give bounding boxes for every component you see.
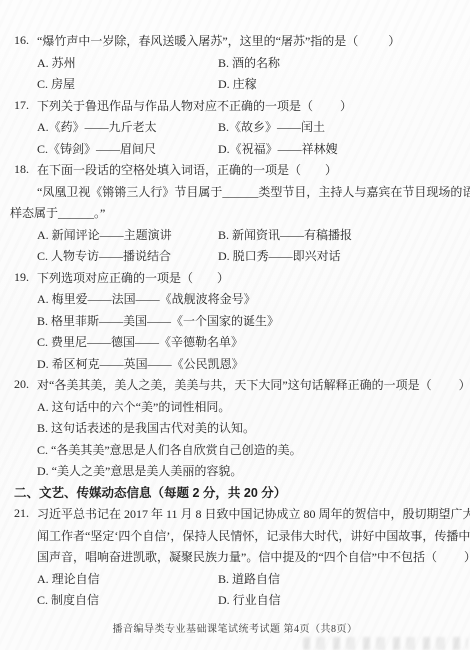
- question-16-options-cd: C. 房屋 D. 庄稼: [0, 73, 470, 95]
- question-20-option-c: C. “各美其美”意思是人们各自欣赏自己创造的美。: [37, 441, 302, 458]
- question-21-stem-line-2: 闻工作者“坚定‘四个自信’，保持人民情怀，记录伟大时代，讲好中国故事，传播中: [0, 525, 470, 547]
- question-21-options-ab: A. 理论自信 B. 道路自信: [0, 568, 470, 590]
- page-content: 16. “爆竹声中一岁除，春风送暖入屠苏”，这里的“屠苏”指的是（ ） A. 苏…: [0, 30, 470, 611]
- section-2-title: 二、文艺、传媒动态信息（每题 2 分，共 20 分）: [14, 483, 286, 501]
- question-16-number: 16.: [14, 33, 37, 48]
- question-20-option-b-row: B. 这句话表述的是我国古代对美的认知。: [0, 417, 470, 439]
- question-21-options-cd: C. 制度自信 D. 行业自信: [0, 589, 470, 611]
- question-20-option-a-row: A. 这句话中的六个“美”的词性相同。: [0, 396, 470, 418]
- question-19-option-b-row: B. 格里菲斯——美国——《一个国家的诞生》: [0, 310, 470, 332]
- question-18-stem: 18. 在下面一段话的空格处填入词语，正确的一项是（ ）: [0, 159, 470, 181]
- question-17-option-b: B.《故乡》——闰土: [218, 118, 325, 135]
- question-21-text-line-1: 习近平总书记在 2017 年 11 月 8 日致中国记协成立 80 周年的贺信中…: [37, 505, 470, 522]
- question-16-stem: 16. “爆竹声中一岁除，春风送暖入屠苏”，这里的“屠苏”指的是（ ）: [0, 30, 470, 52]
- question-16-option-a: A. 苏州: [37, 54, 218, 71]
- question-18-number: 18.: [14, 162, 37, 177]
- question-19-option-a-row: A. 梅里爱——法国——《战舰波将金号》: [0, 288, 470, 310]
- question-17-option-a: A.《药》——九斤老太: [37, 118, 218, 135]
- question-19-option-d: D. 希区柯克——英国——《公民凯恩》: [37, 355, 244, 372]
- question-20-option-d-row: D. “美人之美”意思是美人美丽的容貌。: [0, 460, 470, 482]
- question-17-text: 下列关于鲁迅作品与作品人物对应不正确的一项是（ ）: [37, 97, 352, 114]
- question-16-option-d: D. 庄稼: [218, 75, 257, 92]
- question-19-stem: 19. 下列选项对应正确的一项是（ ）: [0, 267, 470, 289]
- question-21-text-line-2: 闻工作者“坚定‘四个自信’，保持人民情怀，记录伟大时代，讲好中国故事，传播中: [37, 527, 470, 544]
- question-21-option-c: C. 制度自信: [37, 591, 218, 608]
- question-18-options-ab: A. 新闻评论——主题演讲 B. 新闻资讯——有稿播报: [0, 224, 470, 246]
- question-21-number: 21.: [14, 506, 37, 521]
- question-16-option-b: B. 酒的名称: [218, 54, 280, 71]
- question-16-options-ab: A. 苏州 B. 酒的名称: [0, 52, 470, 74]
- question-21-text-line-3: 国声音，唱响奋进凯歌，凝聚民族力量”。信中提及的“四个自信”中不包括（ ）: [37, 548, 470, 565]
- question-18-options-cd: C. 人物专访——播说结合 D. 脱口秀——即兴对话: [0, 245, 470, 267]
- question-19-text: 下列选项对应正确的一项是（ ）: [37, 269, 229, 286]
- question-21-stem-line-3: 国声音，唱响奋进凯歌，凝聚民族力量”。信中提及的“四个自信”中不包括（ ）: [0, 546, 470, 568]
- question-20-option-d: D. “美人之美”意思是美人美丽的容貌。: [37, 462, 242, 479]
- section-2-header: 二、文艺、传媒动态信息（每题 2 分，共 20 分）: [0, 482, 470, 504]
- page-footer: 播音编导类专业基础课笔试统考试题 第4页（共8页）: [0, 620, 470, 635]
- question-20-option-c-row: C. “各美其美”意思是人们各自欣赏自己创造的美。: [0, 439, 470, 461]
- question-20-stem: 20. 对“各美其美，美人之美，美美与共，天下大同”这句话解释正确的一项是（ ）: [0, 374, 470, 396]
- question-20-option-b: B. 这句话表述的是我国古代对美的认知。: [37, 419, 255, 436]
- question-18-option-b: B. 新闻资讯——有稿播报: [218, 226, 352, 243]
- question-21-option-d: D. 行业自信: [218, 591, 281, 608]
- question-18-quote-line-1: “凤凰卫视《锵锵三人行》节目属于______类型节目，主持人与嘉宾在节目现场的语…: [0, 181, 470, 203]
- question-19-option-c: C. 费里尼——德国——《辛德勒名单》: [37, 333, 243, 350]
- question-17-options-cd: C.《铸剑》——眉间尺 D.《祝福》——祥林嫂: [0, 138, 470, 160]
- question-16-text: “爆竹声中一岁除，春风送暖入屠苏”，这里的“屠苏”指的是（ ）: [37, 32, 400, 49]
- question-18-option-c: C. 人物专访——播说结合: [37, 247, 218, 264]
- question-18-option-d: D. 脱口秀——即兴对话: [218, 247, 341, 264]
- question-20-option-a: A. 这句话中的六个“美”的词性相同。: [37, 398, 230, 415]
- question-19-option-a: A. 梅里爱——法国——《战舰波将金号》: [37, 290, 256, 307]
- question-16-option-c: C. 房屋: [37, 75, 218, 92]
- exam-paper-page: 16. “爆竹声中一岁除，春风送暖入屠苏”，这里的“屠苏”指的是（ ） A. 苏…: [0, 0, 470, 650]
- question-21-option-b: B. 道路自信: [218, 570, 280, 587]
- question-18-quote-line-2: 样态属于______。”: [0, 202, 470, 224]
- question-18-quote-text-2: 样态属于______。”: [10, 204, 105, 221]
- question-20-number: 20.: [14, 377, 37, 392]
- question-17-option-d: D.《祝福》——祥林嫂: [218, 140, 338, 157]
- question-17-option-c: C.《铸剑》——眉间尺: [37, 140, 218, 157]
- question-21-stem-line-1: 21. 习近平总书记在 2017 年 11 月 8 日致中国记协成立 80 周年…: [0, 503, 470, 525]
- question-19-option-d-row: D. 希区柯克——英国——《公民凯恩》: [0, 353, 470, 375]
- question-20-text: 对“各美其美，美人之美，美美与共，天下大同”这句话解释正确的一项是（ ）: [37, 376, 470, 393]
- question-18-quote-text-1: “凤凰卫视《锵锵三人行》节目属于______类型节目，主持人与嘉宾在节目现场的语…: [37, 183, 470, 200]
- question-19-option-b: B. 格里菲斯——美国——《一个国家的诞生》: [37, 312, 279, 329]
- question-21-option-a: A. 理论自信: [37, 570, 218, 587]
- question-19-number: 19.: [14, 270, 37, 285]
- scan-bleedthrough-smudge: [303, 637, 468, 650]
- question-17-stem: 17. 下列关于鲁迅作品与作品人物对应不正确的一项是（ ）: [0, 95, 470, 117]
- question-18-text: 在下面一段话的空格处填入词语，正确的一项是（ ）: [37, 161, 337, 178]
- question-19-option-c-row: C. 费里尼——德国——《辛德勒名单》: [0, 331, 470, 353]
- question-17-options-ab: A.《药》——九斤老太 B.《故乡》——闰土: [0, 116, 470, 138]
- question-17-number: 17.: [14, 98, 37, 113]
- question-18-option-a: A. 新闻评论——主题演讲: [37, 226, 218, 243]
